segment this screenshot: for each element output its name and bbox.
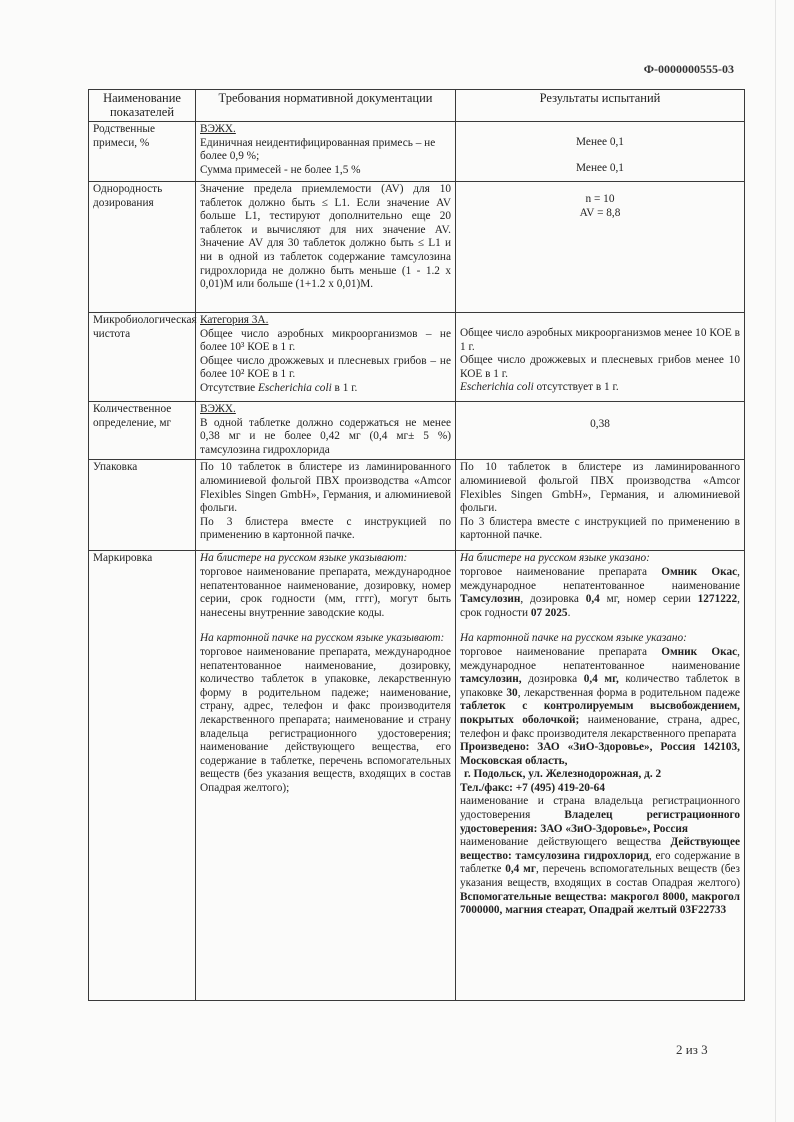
row-name: Родственные примеси, % <box>89 122 196 182</box>
row-requirement: На блистере на русском языке указывают: … <box>196 551 456 1001</box>
table-row: Маркировка На блистере на русском языке … <box>89 551 745 1001</box>
method-label: ВЭЖХ. <box>200 403 451 417</box>
req-line: Общее число аэробных микроорганизмов – н… <box>200 328 451 355</box>
row-result: По 10 таблеток в блистере из ламинирован… <box>456 460 745 551</box>
document-code: Ф-0000000555-03 <box>644 63 734 77</box>
row-name: Упаковка <box>89 460 196 551</box>
test-results-table: Наименование показателей Требования норм… <box>88 89 745 1001</box>
substance-line: наименование действующего вещества Дейст… <box>460 836 740 918</box>
result-line: По 3 блистера вместе с инструкцией по пр… <box>460 516 740 543</box>
owner-line: наименование и страна владельца регистра… <box>460 795 740 836</box>
result-line: Менее 0,1 <box>460 162 740 176</box>
req-line: Общее число дрожжевых и плесневых грибов… <box>200 355 451 382</box>
req-line: По 3 блистера вместе с инструкцией по пр… <box>200 516 451 543</box>
table-row: Однородность дозирования Значение предел… <box>89 182 745 313</box>
result-line: AV = 8,8 <box>460 207 740 221</box>
table-header-row: Наименование показателей Требования норм… <box>89 90 745 122</box>
row-name: Микробиологическая чистота <box>89 313 196 402</box>
scan-artifact-line <box>775 0 776 1122</box>
row-result: Менее 0,1 Менее 0,1 <box>456 122 745 182</box>
method-label: ВЭЖХ. <box>200 123 451 137</box>
table-row: Упаковка По 10 таблеток в блистере из ла… <box>89 460 745 551</box>
req-subtitle: На блистере на русском языке указывают: <box>200 552 451 566</box>
row-name: Маркировка <box>89 551 196 1001</box>
req-line: торговое наименование препарата, междуна… <box>200 566 451 620</box>
result-line: Общее число аэробных микроорганизмов мен… <box>460 327 740 354</box>
result-line: Общее число дрожжевых и плесневых грибов… <box>460 354 740 381</box>
row-result: На блистере на русском языке указано: то… <box>456 551 745 1001</box>
result-box-text: торговое наименование препарата Омник Ок… <box>460 646 740 741</box>
row-requirement: ВЭЖХ. Единичная неидентифицированная при… <box>196 122 456 182</box>
table-row: Родственные примеси, % ВЭЖХ. Единичная н… <box>89 122 745 182</box>
row-requirement: ВЭЖХ. В одной таблетке должно содержатьс… <box>196 402 456 460</box>
result-line: n = 10 <box>460 193 740 207</box>
result-line: Менее 0,1 <box>460 136 740 150</box>
req-line: Единичная неидентифицированная примесь –… <box>200 137 451 164</box>
header-requirements: Требования нормативной документации <box>196 90 456 122</box>
result-blister-text: торговое наименование препарата Омник Ок… <box>460 566 740 620</box>
phone-line: Тел./факс: +7 (495) 419-20-64 <box>460 782 740 796</box>
req-subtitle: На картонной пачке на русском языке указ… <box>200 632 451 646</box>
page-number: 2 из 3 <box>676 1043 708 1057</box>
result-subtitle: На картонной пачке на русском языке указ… <box>460 632 740 646</box>
req-line: торговое наименование препарата, междуна… <box>200 646 451 796</box>
row-result: Общее число аэробных микроорганизмов мен… <box>456 313 745 402</box>
req-line: В одной таблетке должно содержаться не м… <box>200 417 451 458</box>
row-result: 0,38 <box>456 402 745 460</box>
producer-line: Произведено: ЗАО «ЗиО-Здоровье», Россия … <box>460 741 740 768</box>
req-line: Отсутствие Escherichia coli в 1 г. <box>200 382 451 396</box>
table-row: Микробиологическая чистота Категория 3А.… <box>89 313 745 402</box>
result-line: По 10 таблеток в блистере из ламинирован… <box>460 461 740 515</box>
row-name: Однородность дозирования <box>89 182 196 313</box>
req-line: Сумма примесей - не более 1,5 % <box>200 164 451 178</box>
header-indicator: Наименование показателей <box>89 90 196 122</box>
method-label: Категория 3А. <box>200 314 451 328</box>
result-line: Escherichia coli отсутствует в 1 г. <box>460 381 740 395</box>
result-subtitle: На блистере на русском языке указано: <box>460 552 740 566</box>
address-line: г. Подольск, ул. Железнодорожная, д. 2 <box>460 768 740 782</box>
row-requirement: По 10 таблеток в блистере из ламинирован… <box>196 460 456 551</box>
row-name: Количественное определение, мг <box>89 402 196 460</box>
row-result: n = 10 AV = 8,8 <box>456 182 745 313</box>
req-line: По 10 таблеток в блистере из ламинирован… <box>200 461 451 515</box>
row-requirement: Значение предела приемлемости (AV) для 1… <box>196 182 456 313</box>
row-requirement: Категория 3А. Общее число аэробных микро… <box>196 313 456 402</box>
table-row: Количественное определение, мг ВЭЖХ. В о… <box>89 402 745 460</box>
header-results: Результаты испытаний <box>456 90 745 122</box>
